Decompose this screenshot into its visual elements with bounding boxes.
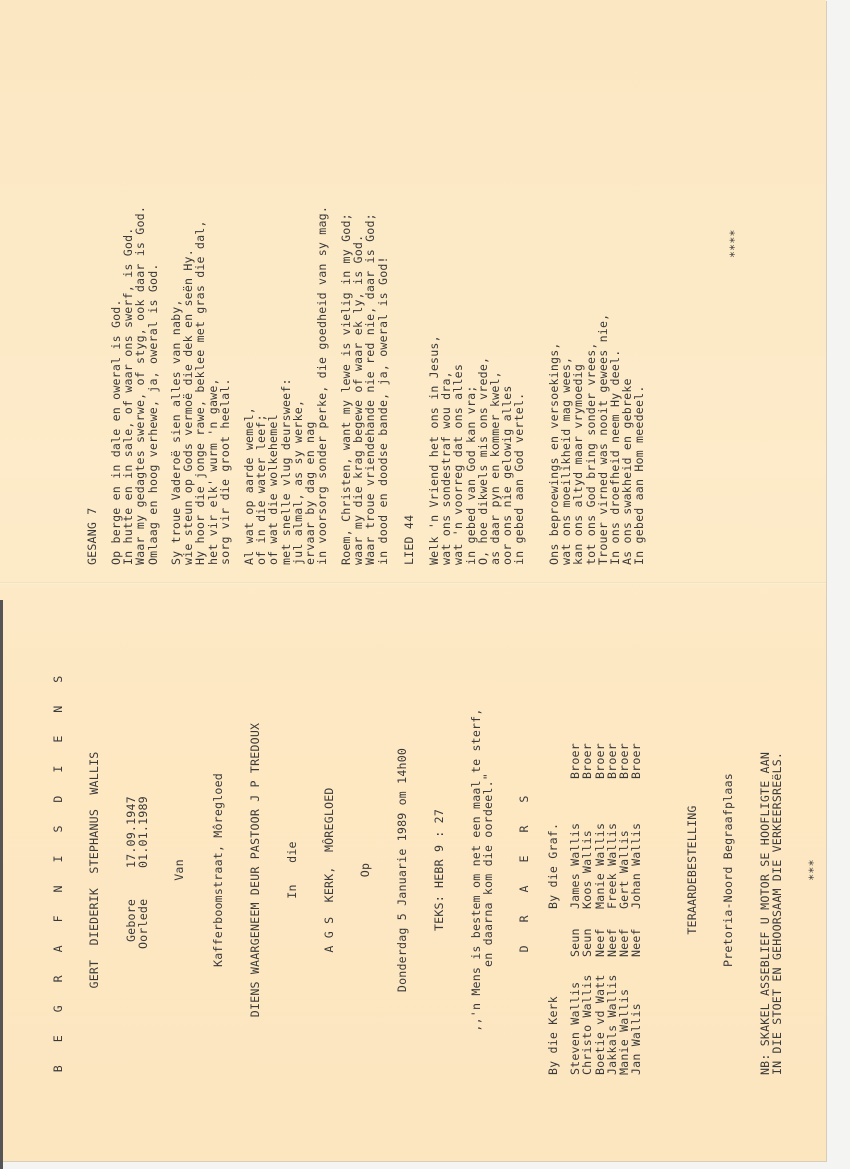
text-reference: TEKS: HEBR 9 : 27 xyxy=(433,660,445,1080)
hymn-stanza: Roem, Christen, want my lewe is vielig i… xyxy=(340,213,389,565)
hymn-stanza: Ons beproewings en versoekings, wat ons … xyxy=(548,314,646,565)
bearer-row: Boetie vd Watt Neef Manie Wallis Broer xyxy=(594,743,606,1075)
hymn-stanza: Al wat op aarde wemel, of in die water l… xyxy=(243,206,328,565)
lyric-line: sorg vir die groot heelal. xyxy=(219,220,231,565)
bearer-name: Manie Wallis xyxy=(594,779,606,909)
lyric-line: kan ons altyd maar vrymoedig xyxy=(572,314,584,565)
bearer-name: Jan Wallis xyxy=(630,957,642,1075)
died-label: Oorlede xyxy=(137,899,149,949)
bearer-relation: Neef xyxy=(630,909,642,957)
in-label: In die xyxy=(286,660,298,1080)
lyric-line: het vir elk' wurm 'n gawe, xyxy=(207,220,219,565)
lyric-line: tot ons God bring sonder vrees, xyxy=(585,314,597,565)
grave-column-label: By die Graf. xyxy=(547,779,559,909)
bearer-name: Boetie vd Watt xyxy=(594,957,606,1075)
bearer-name: Christo Wallis xyxy=(581,957,593,1075)
hymn-title: GESANG 7 xyxy=(86,508,98,565)
from-label: Van xyxy=(173,660,185,1080)
bearers-heading: D R A E R S xyxy=(518,660,530,1080)
note-line-2: IN DIE STOET EN GEHOORSAAM DIE VERKEERSR… xyxy=(771,752,783,1075)
lyric-line: in voorsorg sonder perke, die goedheid v… xyxy=(316,206,328,565)
lyric-line: wat 'n voorreg dat ons alles xyxy=(452,335,464,565)
lyric-line: Hy hoor die jonge rawe, beklee met gras … xyxy=(194,220,206,565)
bearer-relation: Broer xyxy=(594,743,606,779)
burial-heading: TERAARDEBESTELLING xyxy=(686,660,698,1080)
church-column-label: By die Kerk xyxy=(547,957,559,1075)
hymns-panel: GESANG 7 Op berge en in dale en oweral i… xyxy=(0,0,826,583)
lyric-line: Waar troue vriendehande nie red nie, daa… xyxy=(364,213,376,565)
lyric-line: Waar my gedagtes swerwe, of styg, ook da… xyxy=(134,206,146,565)
verse-line-2: en daarna kom die oordeel." xyxy=(482,660,494,1080)
hymn-stanza: Op berge en in dale en oweral is God. In… xyxy=(110,206,159,565)
hymn-stanza: Sy troue Vaderoë sien alles van naby, wi… xyxy=(170,220,231,565)
bearer-relation: Neef xyxy=(594,909,606,957)
officiant: DIENS WAARGENEEM DEUR PASTOOR J P TREDOU… xyxy=(249,660,261,1080)
end-mark: **** xyxy=(728,229,740,258)
service-datetime: Donderdag 5 Januarie 1989 om 14h00 xyxy=(396,660,408,1080)
service-panel: B E G R A F N I S D I E N S GERT DIEDERI… xyxy=(0,583,826,1160)
lyric-line: met snelle vlug deursweef: xyxy=(280,206,292,565)
lyric-line: of wat die wolkehemel xyxy=(267,206,279,565)
on-label: Op xyxy=(359,660,371,1080)
lyric-line: in dood en doodse bande, ja, oweral is G… xyxy=(377,213,389,565)
church-name: A G S KERK, MÔREGLOED xyxy=(323,660,335,1080)
bearer-name: Koos Wallis xyxy=(581,779,593,909)
bearer-relation: Seun xyxy=(581,909,593,957)
bearer-relation: Broer xyxy=(581,743,593,779)
end-mark: *** xyxy=(807,660,819,1080)
service-heading: B E G R A F N I S D I E N S xyxy=(52,660,64,1080)
lyric-line: Omlaag en hoog verhewe, ja, oweral is Go… xyxy=(147,206,159,565)
bearers-header-row: By die Kerk By die Graf. xyxy=(547,743,559,1075)
deceased-name: GERT DIEDERIK STEPHANUS WALLIS xyxy=(88,660,100,1080)
address: Kafferboomstraat, Môregloed xyxy=(212,660,224,1080)
bearer-name: Johan Wallis xyxy=(630,779,642,909)
bearer-relation: Broer xyxy=(630,743,642,779)
hymn-stanza: Welk 'n Vriend het ons in Jesus, wat ons… xyxy=(428,335,526,565)
lyric-line: In gebed aan Hom meedeel. xyxy=(633,314,645,565)
hymn-title: LIED 44 xyxy=(403,515,415,565)
lyric-line: in gebed aan God vertel. xyxy=(513,335,525,565)
died-date: 01.01.1989 xyxy=(137,796,149,868)
lyric-line: in gebed van God kan vra; xyxy=(465,335,477,565)
bearers-table: By die Kerk By die Graf. Steven Wallis S… xyxy=(547,743,642,1075)
bearer-row: Christo Wallis Seun Koos Wallis Broer xyxy=(581,743,593,1075)
burial-place: Pretoria-Noord Begraafplaas xyxy=(722,660,734,1080)
bearer-row: Jan Wallis Neef Johan Wallis Broer xyxy=(630,743,642,1075)
